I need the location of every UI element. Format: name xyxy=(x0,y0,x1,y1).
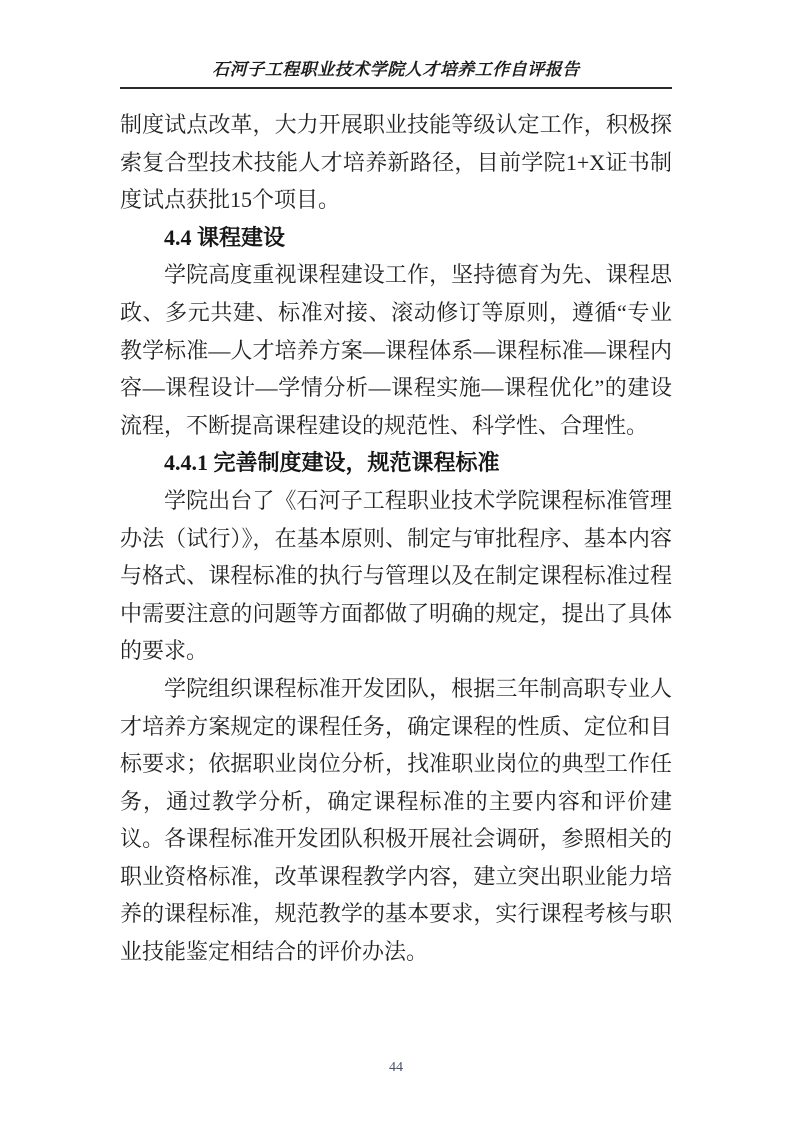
page-footer: 44 xyxy=(0,1058,792,1077)
paragraph-standards-management: 学院出台了《石河子工程职业技术学院课程标准管理办法（试行）》，在基本原则、制定与… xyxy=(120,482,672,670)
paragraph-course-construction: 学院高度重视课程建设工作，坚持德育为先、课程思政、多元共建、标准对接、滚动修订等… xyxy=(120,256,672,444)
paragraph-continuation: 制度试点改革，大力开展职业技能等级认定工作，积极探索复合型技术技能人才培养新路径… xyxy=(120,106,672,219)
section-heading-4-4: 4.4 课程建设 xyxy=(120,219,672,257)
document-body: 制度试点改革，大力开展职业技能等级认定工作，积极探索复合型技术技能人才培养新路径… xyxy=(120,106,672,971)
page-number: 44 xyxy=(389,1060,403,1075)
document-page: 石河子工程职业技术学院人才培养工作自评报告 制度试点改革，大力开展职业技能等级认… xyxy=(0,0,792,1122)
header-title: 石河子工程职业技术学院人才培养工作自评报告 xyxy=(120,60,672,80)
paragraph-standards-development: 学院组织课程标准开发团队，根据三年制高职专业人才培养方案规定的课程任务，确定课程… xyxy=(120,670,672,971)
subsection-heading-4-4-1: 4.4.1 完善制度建设，规范课程标准 xyxy=(120,444,672,482)
page-header: 石河子工程职业技术学院人才培养工作自评报告 xyxy=(120,60,672,89)
